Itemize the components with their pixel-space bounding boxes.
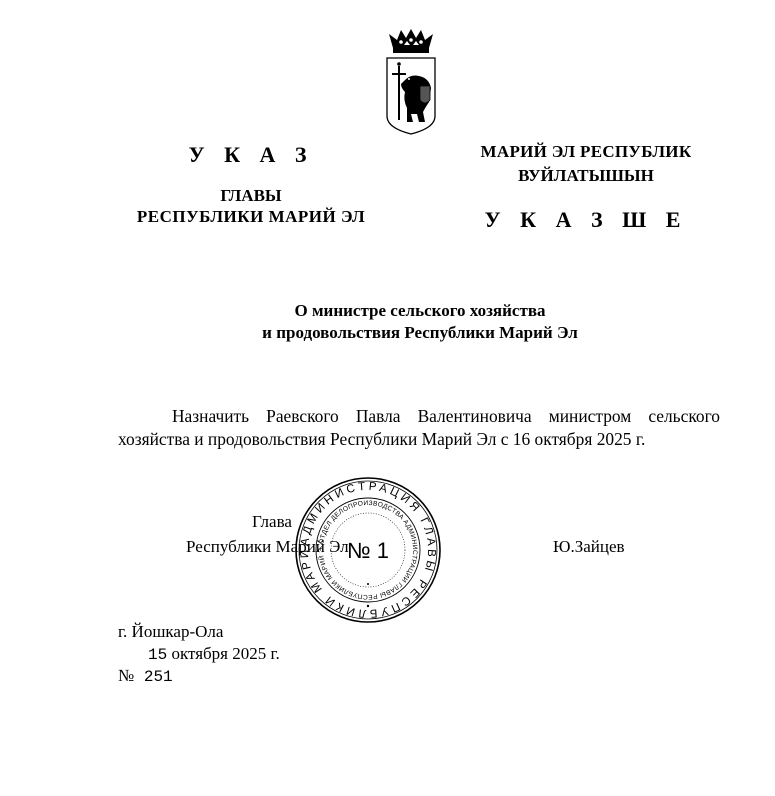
official-stamp-seal: АДМИНИСТРАЦИЯ ГЛАВЫ РЕСПУБЛИКИ МАРИЙ ЭЛ …: [294, 476, 442, 624]
issue-place: г. Йошкар-Ола: [118, 622, 223, 642]
signatory-position-line-1: Глава: [252, 512, 292, 532]
issuer-line-2-mari: ВУЙЛАТЫШЫН: [460, 166, 712, 186]
body-line-2: хозяйства и продовольствия Республики Ма…: [118, 429, 645, 449]
decree-title-mari: У К А З Ш Е: [460, 207, 712, 233]
seal-center-number: № 1: [347, 538, 389, 563]
decree-title-russian: У К А З: [120, 142, 382, 168]
issuer-line-1-mari: МАРИЙ ЭЛ РЕСПУБЛИК: [460, 142, 712, 162]
decree-number-value: 251: [134, 668, 172, 686]
signatory-name: Ю.Зайцев: [553, 537, 625, 557]
decree-number-label: №: [118, 666, 134, 685]
issue-date: 15 октября 2025 г.: [148, 644, 280, 664]
issue-date-rest: октября 2025 г.: [167, 644, 280, 663]
subject-line-2: и продовольствия Республики Марий Эл: [120, 322, 720, 344]
issuer-line-2-russian: РЕСПУБЛИКИ МАРИЙ ЭЛ: [120, 207, 382, 227]
subject-line-1: О министре сельского хозяйства: [120, 300, 720, 322]
coat-of-arms-icon: [385, 28, 437, 136]
issue-date-day: 15: [148, 646, 167, 664]
issuer-line-1-russian: ГЛАВЫ: [120, 186, 382, 206]
decree-body: Назначить Раевского Павла Валентиновича …: [118, 405, 720, 451]
decree-subject: О министре сельского хозяйства и продово…: [120, 300, 720, 344]
decree-number: № 251: [118, 666, 173, 686]
body-line-1: Назначить Раевского Павла Валентиновича …: [118, 405, 720, 428]
